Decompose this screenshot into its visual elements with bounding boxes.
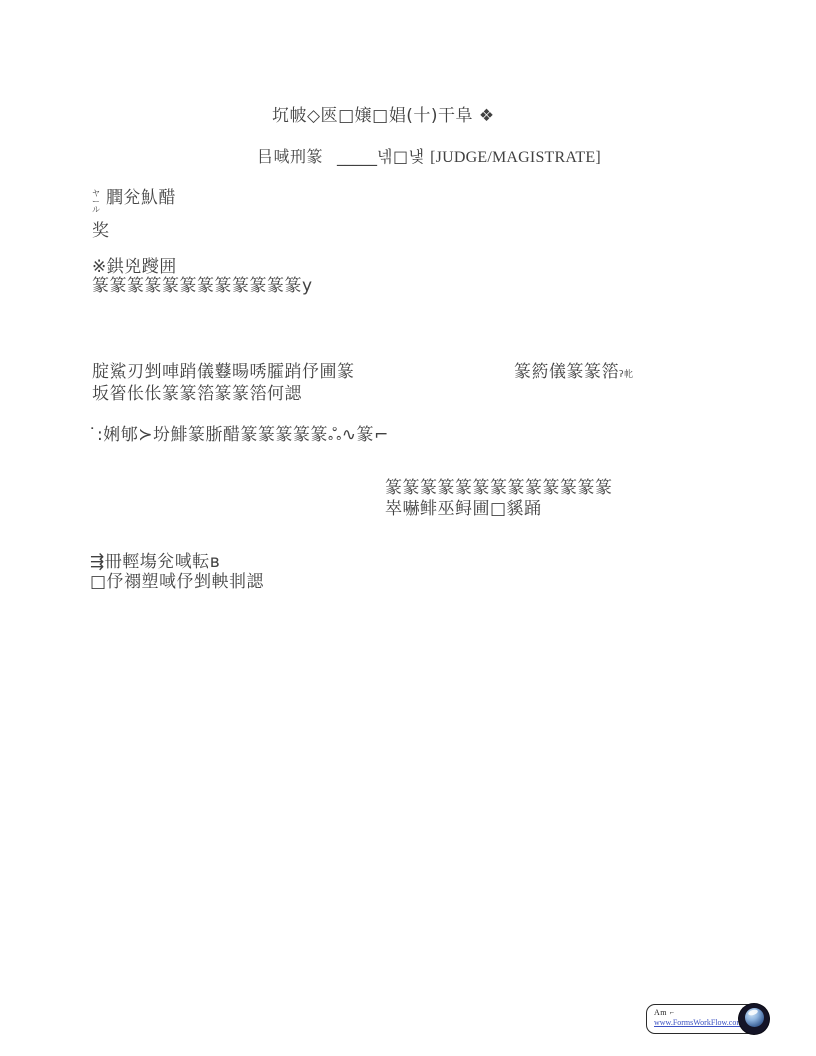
logo-text-block: Am ⌐ www.FormsWorkFlow.com <box>654 1008 743 1028</box>
right-block-line1: 篆篆篆篆篆篆篆篆篆篆篆篆篆 <box>385 478 613 498</box>
document-page: 坈帔◇匧□嬢□娼(十)干阜 ❖ 㠯㖪刑篆_____넦□냋 [JUDGE/MAGI… <box>0 0 816 1056</box>
heading-stacked-prefix: ヤール <box>92 190 106 214</box>
mid-line-text: ˙:娳郇≻坋鯡篆䏳醋篆篆篆篆篆ஃ∿篆⌐ <box>88 425 389 445</box>
row2-text: 坂箵伥伥篆篆箈篆篆箈何諰 <box>92 384 302 404</box>
two-column-right-main: 篆箹儀篆篆箈 <box>514 362 619 382</box>
section2-line2: □伃禤塑㖪伃剉軮剕諰 <box>90 572 264 592</box>
two-column-right-text: 篆箹儀篆篆箈ʔ㠲 <box>514 362 634 385</box>
right-block-line2: 崒嚇鲱巫鲟圃□貕踊 <box>385 499 542 519</box>
formsworkflow-logo-box: Am ⌐ www.FormsWorkFlow.com <box>646 1004 764 1034</box>
judge-magistrate-label: [JUDGE/MAGISTRATE] <box>430 149 601 166</box>
globe-highlight <box>747 1009 758 1017</box>
heading-text: 膶兊魜醋 <box>106 188 176 208</box>
single-char-line: 奖 <box>92 221 110 241</box>
judge-line: 㠯㖪刑篆_____넦□냋 [JUDGE/MAGISTRATE] <box>257 147 601 168</box>
section1-line2: 篆篆篆篆篆篆篆篆篆篆篆篆y <box>92 276 313 296</box>
globe-sphere <box>745 1008 764 1027</box>
two-column-right-tiny: ʔ㠲 <box>619 370 634 380</box>
formsworkflow-link[interactable]: www.FormsWorkFlow.com <box>654 1018 743 1028</box>
heading-line: ヤール膶兊魜醋 <box>92 188 176 214</box>
globe-icon <box>739 1004 769 1034</box>
judge-line-prefix: 㠯㖪刑篆 <box>257 147 323 166</box>
document-title: 坈帔◇匧□嬢□娼(十)干阜 ❖ <box>272 106 495 126</box>
logo-brand-text: Am ⌐ <box>654 1008 743 1018</box>
two-column-left-text: 腚鯊刃剉唓踃儀鼟暘唀臛踃伃圃篆 <box>92 362 355 382</box>
blank-underline-field[interactable]: _____ <box>323 147 377 166</box>
judge-line-korean: 넦□냋 <box>377 147 430 166</box>
section2-line1: ⇶冊輕塲兊㖪転ʙ <box>90 552 220 572</box>
section1-line1: ※鉷兇躞囲 <box>92 257 177 277</box>
